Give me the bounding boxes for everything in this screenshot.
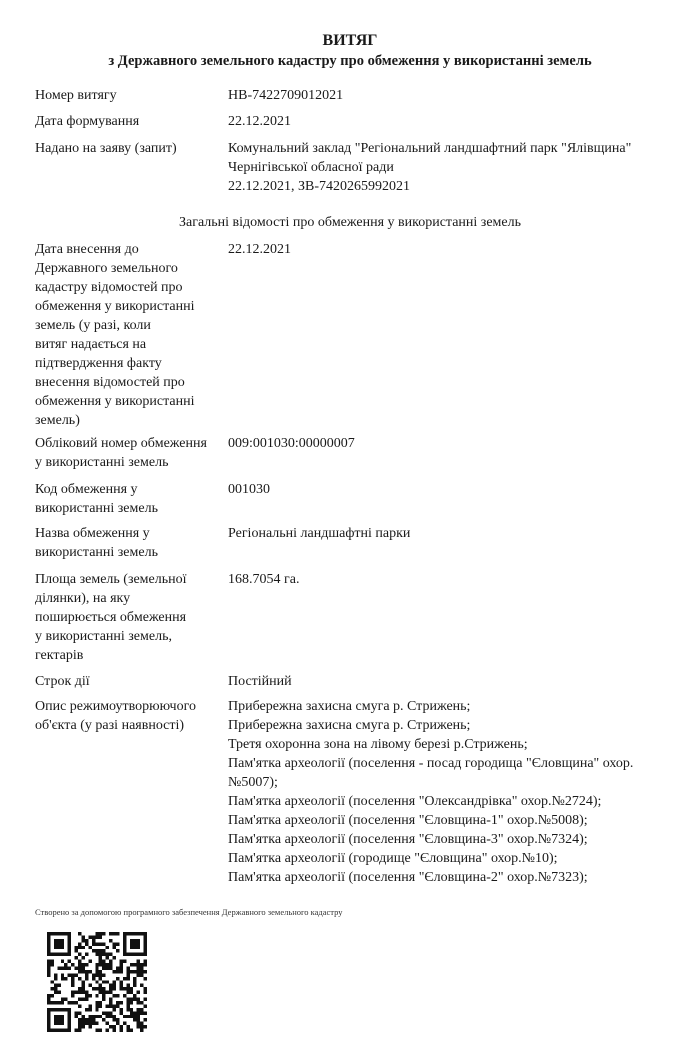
field-label: Назва обмеження увикористанні земель	[35, 524, 227, 562]
field-value: Прибережна захисна смуга р. Стрижень;При…	[228, 697, 688, 887]
value-line: Прибережна захисна смуга р. Стрижень;	[228, 716, 688, 735]
field-value: НВ-7422709012021	[228, 86, 688, 105]
field-value: Регіональні ландшафтні парки	[228, 524, 688, 543]
label-line: обмеження у використанні	[35, 392, 227, 411]
value-line: Третя охоронна зона на лівому березі р.С…	[228, 735, 688, 754]
field-value: 22.12.2021	[228, 112, 688, 131]
field-label: Дата формування	[35, 112, 227, 131]
footer-note: Створено за допомогою програмного забезп…	[35, 906, 343, 918]
field-value: Комунальний заклад "Регіональний ландшаф…	[228, 139, 688, 196]
label-line: Код обмеження у	[35, 480, 227, 499]
label-line: поширюється обмеження	[35, 608, 227, 627]
label-line: обмеження у використанні	[35, 297, 227, 316]
field-label: Код обмеження увикористанні земель	[35, 480, 227, 518]
value-line: 22.12.2021	[228, 240, 688, 259]
field-label: Обліковий номер обмеженняу використанні …	[35, 434, 235, 472]
label-line: у використанні земель,	[35, 627, 227, 646]
label-line: об'єкта (у разі наявності)	[35, 716, 235, 735]
value-line: 168.7054 га.	[228, 570, 688, 589]
value-line: 22.12.2021	[228, 112, 688, 131]
label-line: Назва обмеження у	[35, 524, 227, 543]
label-line: гектарів	[35, 646, 227, 665]
value-line: №5007);	[228, 773, 688, 792]
field-label: Надано на заяву (запит)	[35, 139, 227, 158]
label-line: земель)	[35, 411, 227, 430]
value-line: Пам'ятка археології (поселення "Єловщина…	[228, 811, 688, 830]
value-line: 009:001030:00000007	[228, 434, 688, 453]
document-title: ВИТЯГ	[0, 32, 700, 50]
value-line: Постійний	[228, 672, 688, 691]
label-line: підтвердження факту	[35, 354, 227, 373]
field-value: 009:001030:00000007	[228, 434, 688, 453]
label-line: кадастру відомостей про	[35, 278, 227, 297]
value-line: 001030	[228, 480, 688, 499]
value-line: Пам'ятка археології (поселення "Єловщина…	[228, 830, 688, 849]
label-line: використанні земель	[35, 499, 227, 518]
value-line: Пам'ятка археології (городище "Єловщина"…	[228, 849, 688, 868]
field-value: 168.7054 га.	[228, 570, 688, 589]
value-line: Прибережна захисна смуга р. Стрижень;	[228, 697, 688, 716]
field-label: Опис режимоутворюючогооб'єкта (у разі на…	[35, 697, 235, 735]
label-line: Обліковий номер обмеження	[35, 434, 235, 453]
label-line: внесення відомостей про	[35, 373, 227, 392]
value-line: Пам'ятка археології (поселення - посад г…	[228, 754, 688, 773]
field-value: 001030	[228, 480, 688, 499]
value-line: НВ-7422709012021	[228, 86, 688, 105]
field-label: Строк дії	[35, 672, 227, 691]
field-value: 22.12.2021	[228, 240, 688, 259]
field-label: Номер витягу	[35, 86, 227, 105]
field-label: Дата внесення доДержавного земельногокад…	[35, 240, 227, 430]
value-line: Комунальний заклад "Регіональний ландшаф…	[228, 139, 688, 158]
label-line: використанні земель	[35, 543, 227, 562]
value-line: Чернігівської обласної ради	[228, 158, 688, 177]
label-line: ділянки), на яку	[35, 589, 227, 608]
label-line: земель (у разі, коли	[35, 316, 227, 335]
qr-code-icon	[47, 932, 147, 1032]
field-value: Постійний	[228, 672, 688, 691]
label-line: витяг надається на	[35, 335, 227, 354]
value-line: 22.12.2021, ЗВ-7420265992021	[228, 177, 688, 196]
label-line: Опис режимоутворюючого	[35, 697, 235, 716]
section-heading: Загальні відомості про обмеження у викор…	[0, 214, 700, 232]
document-subtitle: з Державного земельного кадастру про обм…	[0, 52, 700, 70]
value-line: Пам'ятка археології (поселення "Єловщина…	[228, 868, 688, 887]
label-line: Державного земельного	[35, 259, 227, 278]
value-line: Регіональні ландшафтні парки	[228, 524, 688, 543]
label-line: Площа земель (земельної	[35, 570, 227, 589]
label-line: Строк дії	[35, 672, 227, 691]
label-line: Дата внесення до	[35, 240, 227, 259]
field-label: Площа земель (земельноїділянки), на якуп…	[35, 570, 227, 665]
value-line: Пам'ятка археології (поселення "Олександ…	[228, 792, 688, 811]
label-line: у використанні земель	[35, 453, 235, 472]
